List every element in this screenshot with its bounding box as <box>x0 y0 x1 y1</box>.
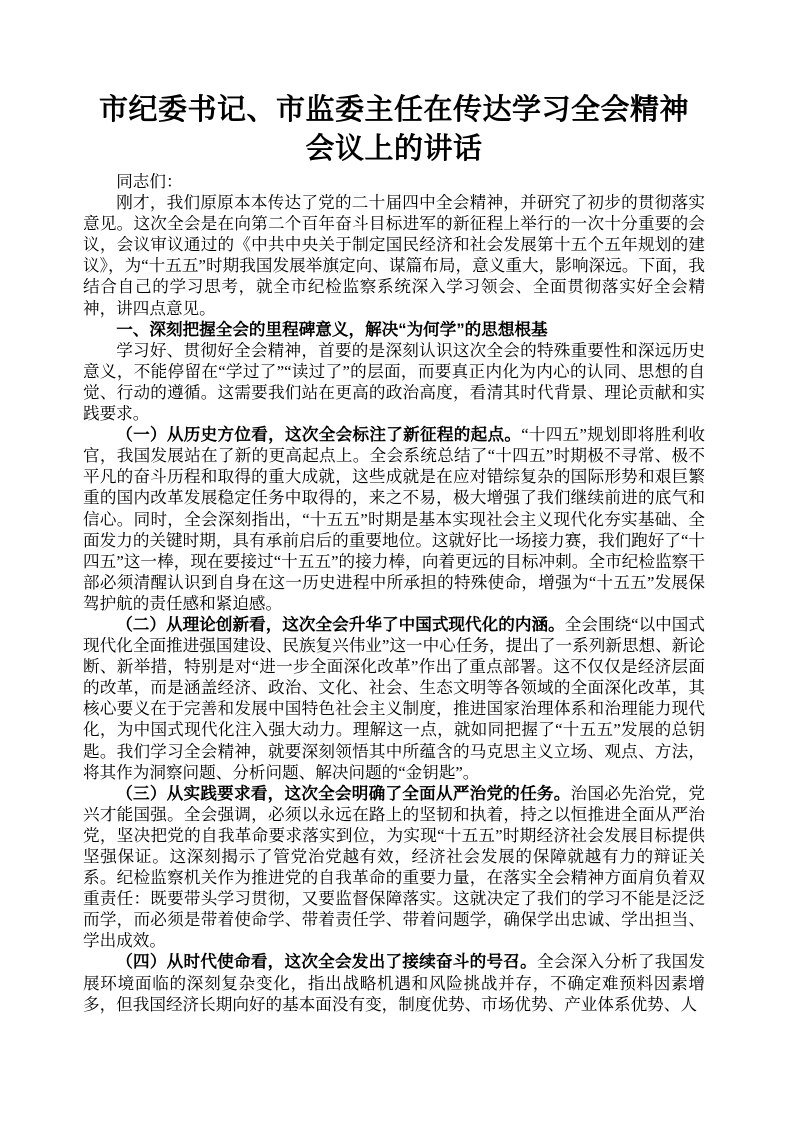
document-title: 市纪委书记、市监委主任在传达学习全会精神 会议上的讲话 <box>83 91 705 169</box>
paragraph-point-1: （一）从历史方位看，这次全会标注了新征程的起点。“十四五”规划即将胜利收官，我国… <box>83 424 705 614</box>
document-page: 市纪委书记、市监委主任在传达学习全会精神 会议上的讲话 同志们： 刚才，我们原原… <box>0 0 793 1121</box>
paragraph-point-2-text: 全会围绕“以中国式现代化全面推进强国建设、民族复兴伟业”这一中心任务，提出了一系… <box>83 615 705 782</box>
paragraph-point-3: （三）从实践要求看，这次全会明确了全面从严治党的任务。治国必先治党，党兴才能国强… <box>83 783 705 952</box>
paragraph-intro: 刚才，我们原原本本传达了党的二十届四中全会精神，并研究了初步的贯彻落实意见。这次… <box>83 192 705 319</box>
paragraph-point-4-lead: （四）从时代使命看，这次全会发出了接续奋斗的号召。 <box>116 952 537 971</box>
paragraph-overview: 学习好、贯彻好全会精神，首要的是深刻认识这次全会的特殊重要性和深远历史意义，不能… <box>83 340 705 424</box>
section-heading-1-lead: 一、深刻把握全会的里程碑意义，解决“为何学”的思想根基 <box>116 320 547 339</box>
paragraph-point-4: （四）从时代使命看，这次全会发出了接续奋斗的号召。全会深入分析了我国发展环境面临… <box>83 951 705 1014</box>
paragraph-point-3-text: 治国必先治党，党兴才能国强。全会强调，必须以永远在路上的坚韧和执着，持之以恒推进… <box>83 784 705 951</box>
paragraph-point-1-text: “十四五”规划即将胜利收官，我国发展站在了新的更高起点上。全会系统总结了“十四五… <box>83 425 705 613</box>
paragraph-point-2-lead: （二）从理论创新看，这次全会升华了中国式现代化的内涵。 <box>116 615 565 634</box>
salutation: 同志们： <box>83 171 705 192</box>
paragraph-point-1-lead: （一）从历史方位看，这次全会标注了新征程的起点。 <box>116 425 521 444</box>
title-line-2: 会议上的讲话 <box>83 130 705 169</box>
paragraph-overview-text: 学习好、贯彻好全会精神，首要的是深刻认识这次全会的特殊重要性和深远历史意义，不能… <box>83 341 705 423</box>
paragraph-point-2: （二）从理论创新看，这次全会升华了中国式现代化的内涵。全会围绕“以中国式现代化全… <box>83 614 705 783</box>
paragraph-point-3-lead: （三）从实践要求看，这次全会明确了全面从严治党的任务。 <box>116 784 570 803</box>
section-heading-1: 一、深刻把握全会的里程碑意义，解决“为何学”的思想根基 <box>83 319 705 340</box>
paragraph-intro-text: 刚才，我们原原本本传达了党的二十届四中全会精神，并研究了初步的贯彻落实意见。这次… <box>83 193 705 317</box>
title-line-1: 市纪委书记、市监委主任在传达学习全会精神 <box>83 91 705 130</box>
